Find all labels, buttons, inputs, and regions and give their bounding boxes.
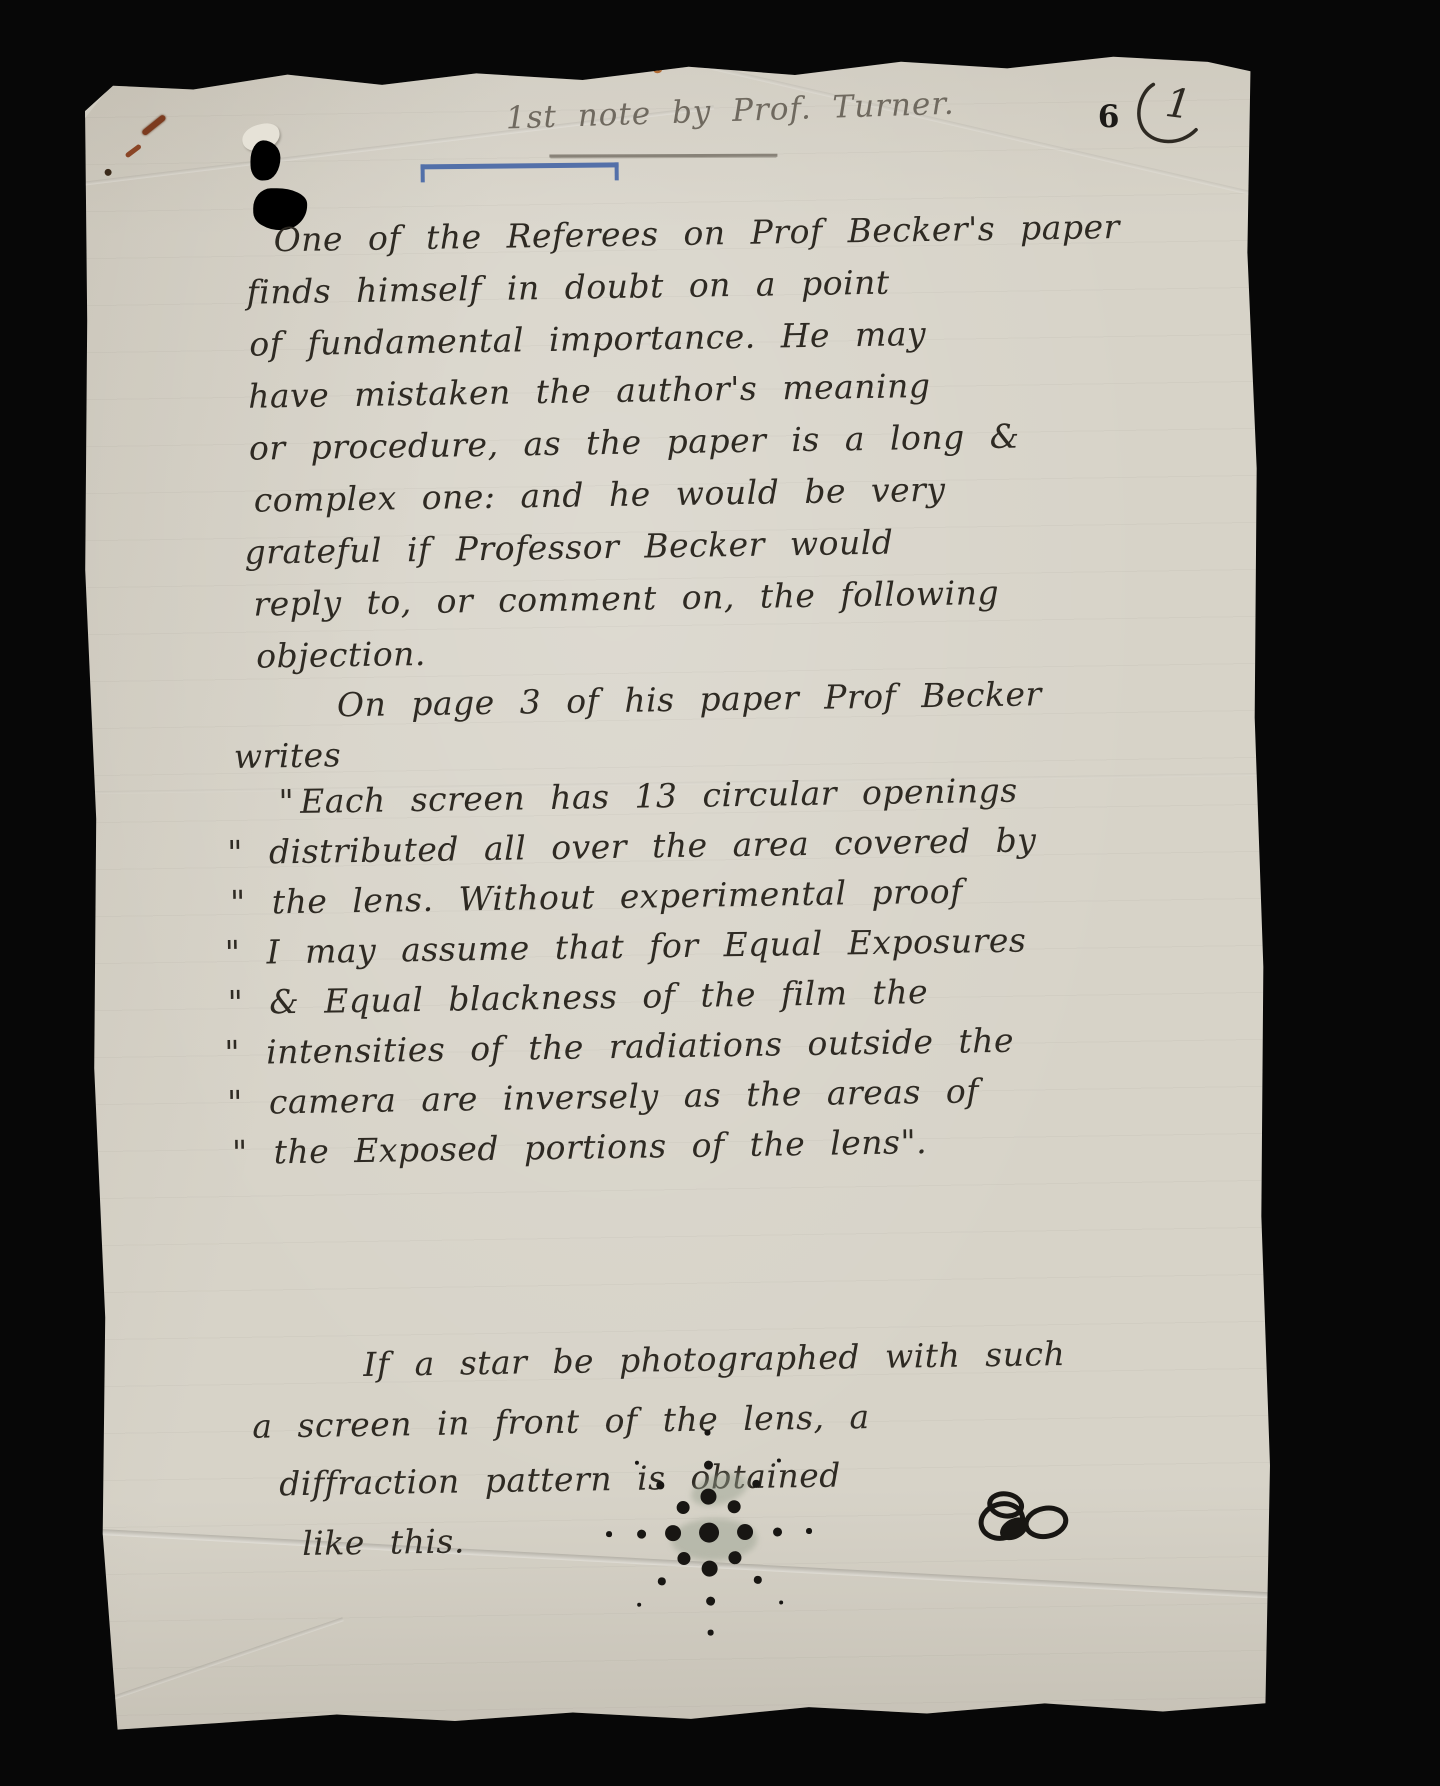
handwritten-line: One of the Referees on Prof Becker's pap… xyxy=(273,207,1120,259)
blue-crayon-mark xyxy=(421,162,619,182)
ink-smudge xyxy=(687,1467,751,1512)
handwritten-line: of fundamental importance. He may xyxy=(249,314,926,364)
handwritten-line: "distributed all over the area covered b… xyxy=(227,820,1037,872)
quote-mark: " xyxy=(227,1083,243,1122)
ink-dot xyxy=(635,1461,639,1465)
ink-dot xyxy=(606,1532,611,1537)
ink-dot xyxy=(677,1552,690,1565)
ink-dot xyxy=(772,1527,781,1536)
ink-scribble xyxy=(975,1484,1080,1556)
ink-dot xyxy=(677,1501,690,1514)
ink-dot xyxy=(728,1551,741,1564)
rust-stain xyxy=(141,114,167,136)
circled-page-number: 1 xyxy=(1131,72,1212,159)
ink-dot xyxy=(636,1529,645,1538)
pencil-underline xyxy=(549,154,777,158)
ink-dot xyxy=(806,1528,811,1533)
handwritten-line: If a star be photographed with such xyxy=(363,1334,1065,1384)
manuscript-page: 1st note by Prof. Turner. 6 1 One of the… xyxy=(75,53,1281,1733)
handwritten-line: complex one: and he would be very xyxy=(253,470,945,520)
ink-dot xyxy=(637,1602,641,1606)
diffraction-pattern-drawing xyxy=(597,1421,820,1644)
page-number: 6 xyxy=(1098,99,1121,135)
handwritten-line: On page 3 of his paper Prof Becker xyxy=(337,674,1042,724)
handwritten-line: objection. xyxy=(256,634,426,676)
torn-hole xyxy=(250,140,281,180)
handwritten-line: like this. xyxy=(302,1521,465,1563)
quote-mark: " xyxy=(224,1033,240,1072)
handwritten-line: "intensities of the radiations outside t… xyxy=(224,1021,1014,1072)
rust-stain xyxy=(653,66,662,73)
ink-dot xyxy=(727,1500,740,1513)
handwritten-line: or procedure, as the paper is a long & xyxy=(249,417,1020,468)
handwritten-line: "& Equal blackness of the film the xyxy=(227,972,928,1022)
quote-mark: " xyxy=(227,983,243,1022)
handwritten-line: "the Exposed portions of the lens". xyxy=(232,1122,928,1172)
folded-corner xyxy=(75,71,124,130)
handwritten-line: "the lens. Without experimental proof xyxy=(230,872,963,923)
handwritten-line: grateful if Professor Becker would xyxy=(244,523,893,572)
handwritten-line: "camera are inversely as the areas of xyxy=(227,1071,979,1122)
photo-background: { "scene": { "background_color": "#07070… xyxy=(0,0,1440,1786)
ink-dot xyxy=(701,1560,717,1576)
handwritten-line: "I may assume that for Equal Exposures xyxy=(225,921,1027,973)
rust-stain xyxy=(125,144,142,159)
pencil-annotation: 1st note by Prof. Turner. xyxy=(505,86,955,137)
quote-mark: " xyxy=(225,933,241,972)
handwritten-line: writes xyxy=(233,735,341,776)
ink-dot xyxy=(703,1460,712,1469)
handwritten-line: have mistaken the author's meaning xyxy=(248,366,931,416)
rust-stain xyxy=(105,169,112,176)
paper-crease xyxy=(96,1617,343,1705)
quote-mark: " xyxy=(278,782,294,821)
ink-dot xyxy=(776,1459,780,1463)
ink-dot xyxy=(779,1600,783,1604)
quote-mark: " xyxy=(232,1133,248,1172)
handwritten-line: reply to, or comment on, the following xyxy=(253,573,999,624)
circled-number-digit: 1 xyxy=(1163,80,1194,129)
ink-dot xyxy=(754,1576,761,1583)
handwritten-line: finds himself in doubt on a point xyxy=(246,263,890,312)
ink-dot xyxy=(656,1482,663,1489)
quote-mark: " xyxy=(230,883,246,922)
ink-dot xyxy=(705,1430,710,1435)
ink-dot xyxy=(706,1596,715,1605)
ink-dot xyxy=(658,1578,665,1585)
handwritten-line: "Each screen has 13 circular openings xyxy=(278,771,1018,822)
quote-mark: " xyxy=(227,833,243,872)
ink-dot xyxy=(753,1480,760,1487)
ink-dot xyxy=(708,1630,713,1635)
